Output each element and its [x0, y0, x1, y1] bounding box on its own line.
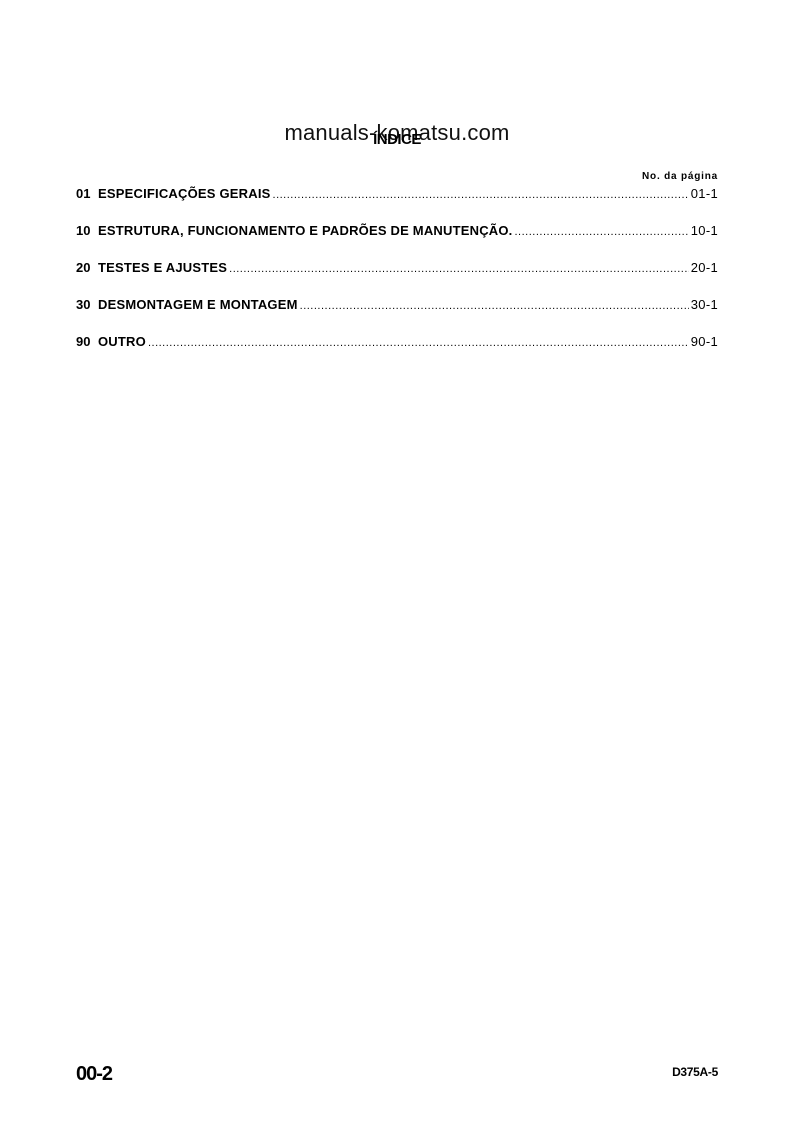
dot-leader: [515, 226, 689, 238]
dot-leader: [148, 337, 689, 349]
toc-entry[interactable]: 90 OUTRO 90-1: [76, 334, 718, 352]
toc-page-ref: 20-1: [691, 260, 718, 275]
page-number-column-header: No. da página: [642, 171, 718, 182]
toc-entry[interactable]: 20 TESTES E AJUSTES 20-1: [76, 260, 718, 278]
toc-section-number: 90: [76, 334, 98, 349]
toc-section-number: 01: [76, 186, 98, 201]
dot-leader: [300, 300, 689, 312]
toc-page-ref: 10-1: [691, 223, 718, 238]
table-of-contents: 01 ESPECIFICAÇÕES GERAIS 01-1 10 ESTRUTU…: [76, 186, 718, 371]
toc-section-title: DESMONTAGEM E MONTAGEM: [98, 297, 298, 312]
toc-page-ref: 30-1: [691, 297, 718, 312]
footer-page-number: 00-2: [76, 1063, 112, 1086]
toc-section-title: OUTRO: [98, 334, 146, 349]
toc-section-title: TESTES E AJUSTES: [98, 260, 227, 275]
toc-page-ref: 01-1: [691, 186, 718, 201]
footer-model: D375A-5: [672, 1065, 718, 1079]
toc-entry[interactable]: 01 ESPECIFICAÇÕES GERAIS 01-1: [76, 186, 718, 204]
page-title: ÍNDICE: [0, 131, 794, 148]
toc-entry[interactable]: 10 ESTRUTURA, FUNCIONAMENTO E PADRÕES DE…: [76, 223, 718, 241]
dot-leader: [229, 263, 689, 275]
toc-section-number: 30: [76, 297, 98, 312]
toc-section-title: ESTRUTURA, FUNCIONAMENTO E PADRÕES DE MA…: [98, 223, 513, 238]
toc-section-number: 20: [76, 260, 98, 275]
toc-section-number: 10: [76, 223, 98, 238]
toc-page-ref: 90-1: [691, 334, 718, 349]
toc-entry[interactable]: 30 DESMONTAGEM E MONTAGEM 30-1: [76, 297, 718, 315]
toc-section-title: ESPECIFICAÇÕES GERAIS: [98, 186, 271, 201]
dot-leader: [273, 189, 689, 201]
